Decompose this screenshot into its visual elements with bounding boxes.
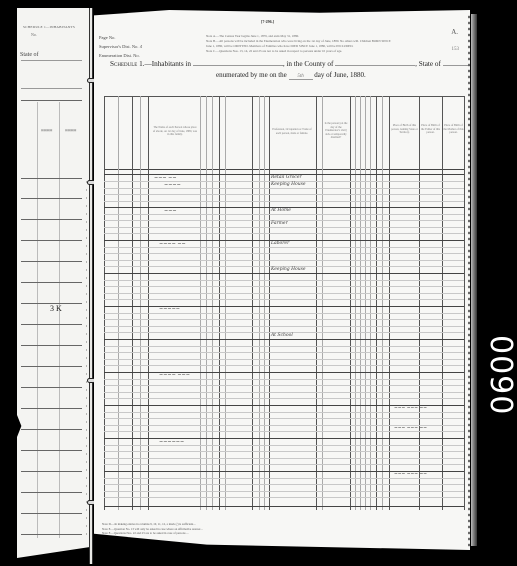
- row-rule: [104, 346, 464, 347]
- column-rule: [59, 102, 60, 538]
- column-rule: [464, 96, 465, 510]
- handwritten-name: ~~~~ ~~: [159, 241, 186, 247]
- row-rule: [104, 372, 464, 373]
- enumeration-district-line: Enumeration Dist. No.: [99, 53, 142, 58]
- row-rule: [104, 319, 464, 320]
- schedule-title-line: Schedule 1.—Inhabitants in , in the Coun…: [110, 60, 483, 68]
- district-info: Page No. Supervisor's Dist. No. 4 Enumer…: [99, 35, 142, 62]
- column-rule: [225, 96, 226, 510]
- row-rule: [104, 385, 464, 386]
- column-rule: [370, 96, 371, 510]
- row-rule: [21, 366, 82, 367]
- row-rule: [104, 214, 464, 215]
- row-rule: [104, 484, 464, 485]
- row-rule: [104, 398, 464, 399]
- row-rule: [21, 513, 82, 514]
- page-number-line: Page No.: [99, 35, 142, 40]
- column-rule: [104, 96, 105, 510]
- column-rule: [382, 96, 383, 510]
- row-rule: [104, 260, 464, 261]
- row-rule: [21, 450, 82, 451]
- row-rule: [104, 273, 464, 274]
- row-rule: [104, 478, 464, 479]
- row-rule: [21, 534, 82, 535]
- column-rule: [264, 96, 265, 510]
- supervisor-district-value: 4: [140, 44, 142, 49]
- handwritten-occupation: At Home: [271, 208, 291, 213]
- column-rule: [148, 96, 149, 510]
- row-rule: [21, 198, 82, 199]
- row-rule: [104, 464, 464, 465]
- row-rule: [104, 253, 464, 254]
- row-rule: [21, 178, 82, 179]
- row-rule: [104, 418, 464, 419]
- column-rule: [360, 96, 361, 510]
- column-rule: [389, 96, 390, 510]
- row-rule: [104, 379, 464, 380]
- row-rule: [21, 492, 82, 493]
- column-rule: [355, 96, 356, 510]
- column-rule: [252, 96, 253, 510]
- row-rule: [21, 240, 82, 241]
- row-rule: [104, 339, 464, 340]
- birthplace-column-header: Place of Birth of this person, naming St…: [391, 124, 418, 135]
- census-table: The Name of each Person whose place of a…: [104, 96, 464, 510]
- table-top-rule: [104, 96, 464, 97]
- column-rule: [442, 96, 443, 510]
- footnote: Note G.—In column 17 ...: [102, 536, 462, 541]
- handwritten-name: ~~~~ ~~~: [159, 372, 190, 378]
- left-page-number: No.: [31, 32, 37, 37]
- row-rule: [104, 194, 464, 195]
- handwritten-occupation: Keeping House: [271, 267, 306, 272]
- health-column-header: Is the person [on the day of the Enumera…: [323, 122, 349, 140]
- instruction-notes: Note A.—The Census Year begins June 1, 1…: [206, 34, 456, 54]
- column-rule: [376, 96, 377, 510]
- binding-strip: [89, 8, 93, 564]
- row-rule: [21, 282, 82, 283]
- column-rule: [316, 96, 317, 510]
- stamped-page-number: 153: [452, 47, 460, 52]
- handwritten-name: ~~~~~~: [159, 439, 184, 445]
- row-rule: [104, 247, 464, 248]
- handwritten-name: ~~~: [164, 208, 177, 214]
- column-rule: [259, 96, 260, 510]
- form-number: [7-296.]: [261, 19, 274, 24]
- row-rule: [104, 313, 464, 314]
- father-birthplace-header: Place of Birth of the Father of this per…: [420, 124, 441, 135]
- row-rule: [104, 201, 464, 202]
- handwritten-name: ~~~~~: [159, 306, 180, 312]
- column-rule: [206, 96, 207, 510]
- handwritten-name: ~~~ ~~: [154, 175, 177, 181]
- row-rule: [104, 506, 464, 507]
- column-header: ▤▤▤▤: [65, 128, 81, 132]
- handwritten-occupation: At School: [271, 333, 293, 338]
- row-rule: [104, 392, 464, 393]
- handwritten-occupation: Keeping House: [271, 182, 306, 187]
- row-rule: [104, 227, 464, 228]
- row-rule: [104, 299, 464, 300]
- divider: [21, 88, 82, 89]
- row-rule: [104, 359, 464, 360]
- enumeration-date-line: enumerated by me on the 5th day of June,…: [216, 71, 366, 80]
- row-rule: [21, 219, 82, 220]
- divider: [21, 60, 82, 61]
- row-rule: [104, 412, 464, 413]
- column-rule: [322, 96, 323, 510]
- row-rule: [104, 365, 464, 366]
- row-rule: [104, 491, 464, 492]
- row-rule: [104, 233, 464, 234]
- row-rule: [21, 408, 82, 409]
- row-rule: [21, 324, 82, 325]
- page-edge: [471, 14, 477, 546]
- row-rule: [104, 445, 464, 446]
- row-rule: [21, 429, 82, 430]
- row-rule: [21, 387, 82, 388]
- column-rule: [269, 96, 270, 510]
- row-rule: [21, 345, 82, 346]
- left-page-title: SCHEDULE 1—INHABITANTS: [23, 25, 75, 29]
- place-field: [193, 65, 283, 66]
- handwritten-birthplace: ~~~ ~~~ ~~: [394, 426, 427, 431]
- row-rule: [21, 261, 82, 262]
- name-column-header: The Name of each Person whose place of a…: [152, 126, 198, 137]
- column-rule: [37, 102, 38, 538]
- row-rule: [104, 293, 464, 294]
- row-rule: [104, 188, 464, 189]
- handwritten-occupation: Retail Grocer: [271, 175, 302, 180]
- column-rule: [419, 96, 420, 510]
- column-rule: [219, 96, 220, 510]
- column-rule: [350, 96, 351, 510]
- row-rule: [104, 280, 464, 281]
- census-page: [7-296.] Page No. Supervisor's Dist. No.…: [94, 10, 470, 550]
- row-rule: [104, 451, 464, 452]
- handwritten-name: ~~~~: [164, 182, 181, 188]
- schedule-title: Schedule 1.: [110, 60, 145, 68]
- row-rule: [104, 352, 464, 353]
- margin-mark: 3 K: [50, 304, 62, 313]
- row-rule: [104, 286, 464, 287]
- handwritten-birthplace: ~~~ ~~~ ~~: [394, 472, 427, 477]
- row-rule: [104, 326, 464, 327]
- header-rule: [104, 169, 464, 170]
- row-rule: [21, 471, 82, 472]
- row-rule: [104, 306, 464, 307]
- day-field: 5th: [289, 74, 313, 80]
- row-rule: [104, 458, 464, 459]
- row-rule: [104, 497, 464, 498]
- microfilm-frame-number: 0090: [471, 335, 511, 435]
- footnotes: Note D.—In making entries in columns 9, …: [102, 522, 462, 540]
- corner-letter: A.: [451, 28, 458, 36]
- row-rule: [104, 438, 464, 439]
- column-rule: [132, 96, 133, 510]
- note-c: Note C.—Questions Nos. 13, 14, 22 and 23…: [206, 49, 456, 54]
- column-header: ▤▤▤▤: [41, 128, 57, 132]
- handwritten-occupation: Farmer: [271, 221, 288, 226]
- left-page-state-label: State of: [20, 52, 39, 58]
- column-rule: [118, 96, 119, 510]
- divider: [21, 100, 82, 101]
- row-rule: [104, 431, 464, 432]
- column-rule: [200, 96, 201, 510]
- column-rule: [365, 96, 366, 510]
- supervisor-district-line: Supervisor's Dist. No. 4: [99, 44, 142, 49]
- county-field: [335, 65, 415, 66]
- column-rule: [212, 96, 213, 510]
- previous-page-fragment: SCHEDULE 1—INHABITANTS No. State of ▤▤▤▤…: [17, 8, 90, 558]
- occupation-column-header: Profession, Occupation or Trade of each …: [270, 128, 314, 135]
- handwritten-birthplace: ~~~ ~~~ ~~: [394, 406, 427, 411]
- handwritten-occupation: Laborer: [271, 241, 289, 246]
- column-rule: [140, 96, 141, 510]
- mother-birthplace-header: Place of Birth of the Mother of this per…: [443, 124, 464, 135]
